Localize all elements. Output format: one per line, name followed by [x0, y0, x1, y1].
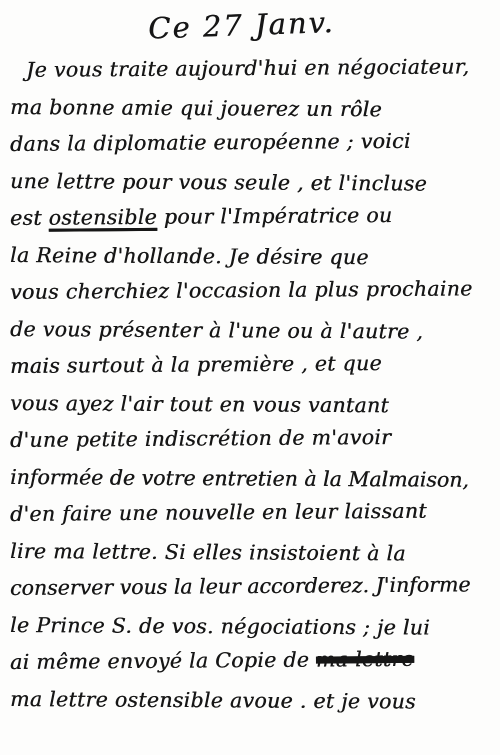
letter-line: d'une petite indiscrétion de m'avoir	[10, 418, 496, 459]
letter-line: conserver vous la leur accorderez. J'inf…	[10, 566, 496, 607]
letter-text: vous ayez l'air tout en vous vantant	[10, 391, 389, 417]
letter-text: ma lettre ostensible avoue . et je vous	[10, 687, 416, 713]
letter-text: mais surtout à la première , et que	[10, 351, 382, 378]
letter-text: ma bonne amie qui jouerez un rôle	[10, 95, 382, 121]
letter-text: ai même envoyé la Copie de	[10, 648, 316, 674]
letter-text: une lettre pour vous seule , et l'inclus…	[10, 169, 427, 196]
letter-text: pour l'Impératrice ou	[157, 203, 393, 229]
letter-text-scribble: ma lettre	[316, 647, 414, 672]
letter-text: est	[10, 206, 49, 230]
letter-body: Je vous traite aujourd'hui en négociateu…	[0, 42, 500, 718]
letter-line: Je vous traite aujourd'hui en négociateu…	[10, 48, 496, 89]
letter-text: la Reine d'hollande. Je désire que	[10, 243, 369, 269]
letter-text: d'une petite indiscrétion de m'avoir	[10, 425, 391, 452]
letter-text: informée de votre entretien à la Malmais…	[10, 465, 469, 492]
letter-text: Je vous traite aujourd'hui en négociateu…	[26, 54, 469, 81]
letter-line: ai même envoyé la Copie de ma lettre	[10, 640, 496, 681]
letter-text: le Prince S. de vos. négociations ; je l…	[10, 613, 430, 640]
letter-line: ma lettre ostensible avoue . et je vous	[10, 681, 496, 721]
manuscript-page: Ce 27 Janv. Je vous traite aujourd'hui e…	[0, 0, 500, 755]
letter-text: lire ma lettre. Si elles insistoient à l…	[10, 539, 406, 565]
letter-line: vous cherchiez l'occasion la plus procha…	[10, 270, 496, 311]
letter-line: dans la diplomatie européenne ; voici	[10, 122, 496, 163]
letter-text: d'en faire une nouvelle en leur laissant	[10, 499, 427, 526]
letter-line: est ostensible pour l'Impératrice ou	[10, 196, 496, 237]
letter-text: dans la diplomatie européenne ; voici	[10, 129, 411, 156]
letter-line: mais surtout à la première , et que	[10, 344, 496, 385]
letter-line: d'en faire une nouvelle en leur laissant	[10, 492, 496, 533]
letter-text: de vous présenter à l'une ou à l'autre ,	[10, 317, 423, 344]
letter-text-underline: ostensible	[49, 205, 158, 230]
letter-text: conserver vous la leur accorderez. J'inf…	[10, 572, 471, 600]
letter-text: vous cherchiez l'occasion la plus procha…	[10, 276, 473, 304]
